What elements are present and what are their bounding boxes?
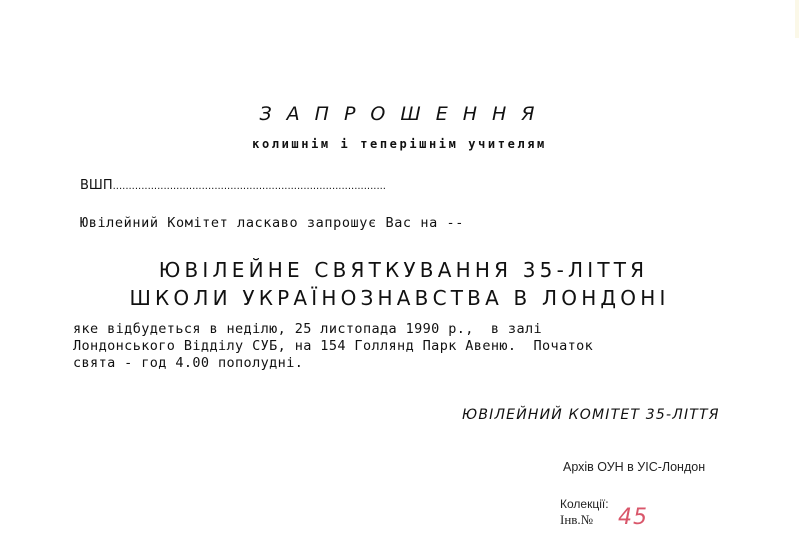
document-subtitle: колишнім і теперішнім учителям <box>0 137 799 151</box>
scan-edge-artifact <box>795 0 799 38</box>
addressee-label: ВШП <box>80 178 113 193</box>
event-details-line: яке відбудеться в неділю, 25 листопада 1… <box>73 321 753 338</box>
event-details-line: Лондонського Відділу СУБ, на 154 Голлянд… <box>73 338 753 355</box>
addressee-blank: ........................................… <box>113 181 386 192</box>
collections-label: Колекції: <box>560 497 609 512</box>
document-title: ЗАПРОШЕННЯ <box>0 103 799 125</box>
event-details: яке відбудеться в неділю, 25 листопада 1… <box>73 321 753 372</box>
committee-signature: ЮВІЛЕЙНИЙ КОМІТЕТ 35-ЛІТТЯ <box>462 407 720 423</box>
event-details-line: свята - год 4.00 пополудні. <box>73 355 753 372</box>
headline-line-1: ЮВІЛЕЙНЕ СВЯТКУВАННЯ 35-ЛІТТЯ <box>0 258 799 282</box>
inventory-label: Інв.№ <box>560 512 593 528</box>
headline-line-2: ШКОЛИ УКРАЇНОЗНАВСТВА В ЛОНДОНІ <box>0 286 799 310</box>
addressee-line: ВШП.....................................… <box>80 178 475 193</box>
archive-stamp: Архів ОУН в УІС-Лондон <box>563 460 705 474</box>
scanned-invitation-page: ЗАПРОШЕННЯ колишнім і теперішнім учителя… <box>0 0 799 552</box>
inventory-number-handwritten: 45 <box>618 505 648 530</box>
committee-invitation-line: Ювілейний Комітет ласкаво запрошує Вас н… <box>80 215 464 231</box>
